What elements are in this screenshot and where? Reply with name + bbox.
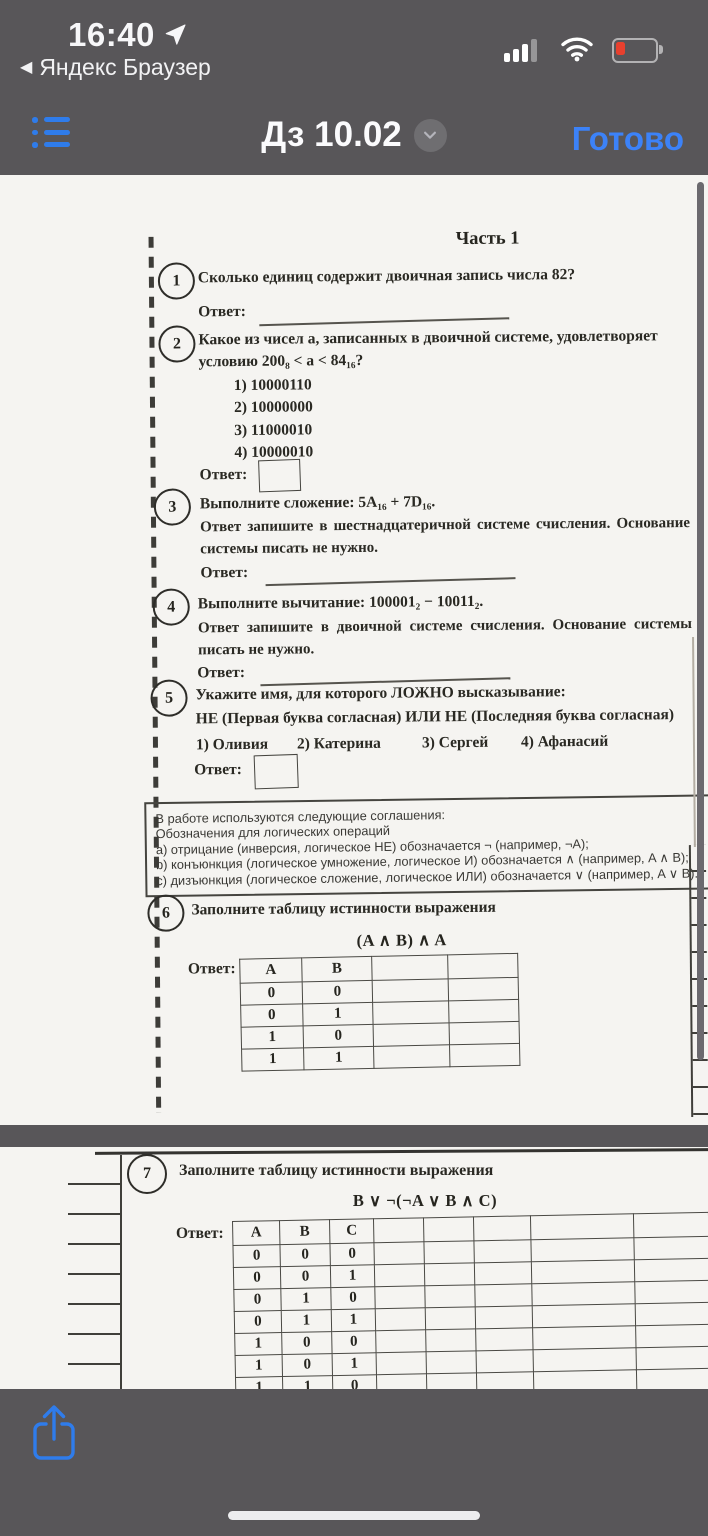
truth-table-cell: 0 — [332, 1375, 376, 1389]
iphone-screen: 16:40 ◀ Яндекс Браузер Дз 10.02 Готово — [0, 0, 708, 1536]
share-button[interactable] — [31, 1403, 77, 1461]
question-1-number: 1 — [158, 262, 195, 299]
truth-table-cell: 0 — [303, 1024, 373, 1047]
truth-table-header-cell: B — [280, 1220, 330, 1245]
battery-icon — [612, 38, 658, 63]
truth-table-cell: 0 — [241, 1004, 303, 1027]
truth-table-cell — [634, 1236, 708, 1259]
done-button[interactable]: Готово — [572, 120, 684, 158]
page1-content: Часть 1 1 Сколько единиц содержит двоичн… — [0, 175, 708, 1125]
truth-table-cell — [449, 999, 519, 1022]
truth-table-header-cell — [530, 1214, 633, 1240]
truth-table-cell — [450, 1043, 520, 1066]
truth-table-cell: 0 — [282, 1354, 332, 1377]
truth-table-cell — [636, 1368, 708, 1389]
question-2-option: 3) 11000010 — [234, 419, 312, 442]
truth-table-header-cell — [633, 1212, 708, 1237]
truth-table-cell — [635, 1280, 708, 1303]
truth-table-cell: 1 — [236, 1377, 283, 1389]
truth-table-header-cell: B — [302, 956, 372, 981]
question-5-statement: НЕ (Первая буква согласная) ИЛИ НЕ (Посл… — [196, 704, 696, 730]
question-6-number: 6 — [147, 894, 184, 931]
truth-table-cell — [531, 1260, 634, 1284]
truth-table-cell: 1 — [235, 1333, 282, 1356]
question-3-note: Ответ запишите в шестнадцатеричной систе… — [200, 513, 690, 560]
truth-table-cell — [374, 1045, 450, 1069]
truth-table-cell — [475, 1306, 532, 1329]
question-7-number: 7 — [127, 1154, 167, 1194]
chevron-down-icon — [421, 126, 439, 144]
status-time-group: 16:40 — [68, 16, 187, 54]
question-5-option: 1) Оливия — [196, 734, 268, 757]
truth-table-cell: 0 — [233, 1245, 280, 1268]
back-app-label: Яндекс Браузер — [39, 54, 211, 81]
truth-table-cell — [475, 1284, 532, 1307]
truth-table-cell: 1 — [303, 1002, 373, 1025]
answer-label: Ответ: — [194, 761, 242, 779]
question-7-text: Заполните таблицу истинности выражения — [179, 1160, 659, 1182]
truth-table-header-cell — [448, 953, 518, 978]
truth-table-cell — [426, 1351, 476, 1374]
truth-table-header-cell — [373, 1218, 423, 1243]
truth-table-cell — [373, 1023, 449, 1047]
binding-ticks-left — [68, 1155, 122, 1389]
truth-table-cell — [636, 1324, 708, 1347]
truth-table-cell — [531, 1238, 634, 1262]
truth-table-cell — [424, 1241, 474, 1264]
truth-table-cell — [376, 1330, 426, 1353]
answer-label: Ответ: — [200, 564, 248, 582]
truth-table-cell — [636, 1346, 708, 1369]
question-6-formula: (A ∧ B) ∧ A — [257, 929, 547, 952]
truth-table-cell — [532, 1282, 635, 1306]
truth-table-cell — [476, 1328, 533, 1351]
truth-table-cell: 1 — [330, 1265, 374, 1288]
answer-label: Ответ: — [198, 303, 246, 321]
cellular-signal-icon — [504, 37, 537, 62]
truth-table-header-cell: A — [240, 958, 302, 983]
question-4-note: Ответ запишите в двоичной системе счисле… — [198, 614, 692, 661]
truth-table-row: 11 — [242, 1043, 520, 1071]
truth-table-cell — [474, 1262, 531, 1285]
truth-table-cell: 0 — [233, 1267, 280, 1290]
question-4-title: Выполните вычитание: 100001₂ − 10011₂. — [198, 589, 678, 615]
location-arrow-icon — [163, 23, 187, 47]
battery-level-low — [616, 42, 625, 55]
truth-table-cell — [635, 1302, 708, 1325]
truth-table-header-cell: A — [233, 1221, 280, 1246]
truth-table-cell: 0 — [234, 1311, 281, 1334]
page-title: Дз 10.02 — [261, 115, 402, 155]
truth-table-cell: 0 — [280, 1266, 330, 1289]
home-indicator[interactable] — [228, 1511, 480, 1520]
truth-table-cell: 0 — [282, 1332, 332, 1355]
question-5-option: 4) Афанасий — [521, 731, 608, 754]
truth-table-cell: 0 — [302, 980, 372, 1003]
truth-table-header-cell: C — [329, 1219, 373, 1244]
question-5-option: 3) Сергей — [422, 732, 489, 755]
answer-line — [266, 577, 516, 586]
question-2-option: 1) 10000110 — [234, 374, 312, 397]
truth-table-cell: 1 — [235, 1355, 282, 1378]
page2-content: 7 Заполните таблицу истинности выражения… — [0, 1147, 708, 1389]
question-1-text: Сколько единиц содержит двоичная запись … — [198, 263, 673, 289]
question-5-number: 5 — [150, 679, 187, 716]
truth-table-q6: AB00011011 — [239, 953, 520, 1072]
truth-table-cell — [426, 1329, 476, 1352]
truth-table-cell — [374, 1264, 424, 1287]
truth-table-cell — [424, 1263, 474, 1286]
back-to-app-chip[interactable]: ◀ Яндекс Браузер — [20, 54, 211, 81]
question-2-text: Какое из чисел a, записанных в двоичной … — [198, 325, 698, 373]
truth-table-cell: 1 — [331, 1309, 375, 1332]
truth-table-cell — [425, 1307, 475, 1330]
truth-table-header-cell — [423, 1217, 473, 1242]
truth-table-cell — [373, 1001, 449, 1025]
page-photo-1: Часть 1 1 Сколько единиц содержит двоичн… — [0, 175, 708, 1125]
page-top-edge-line — [95, 1148, 708, 1154]
question-5-option: 2) Катерина — [297, 733, 381, 756]
question-6-text: Заполните таблицу истинности выражения — [191, 895, 671, 921]
clock-text: 16:40 — [68, 16, 155, 54]
part-title: Часть 1 — [277, 227, 697, 252]
truth-table-cell — [474, 1240, 531, 1263]
truth-table-cell — [448, 977, 518, 1000]
truth-table-cell: 0 — [332, 1331, 376, 1354]
truth-table-cell: 1 — [281, 1288, 331, 1311]
wifi-icon — [560, 36, 594, 62]
truth-table-cell — [533, 1370, 636, 1389]
truth-table-header-cell — [372, 955, 448, 981]
truth-table-cell: 1 — [282, 1376, 332, 1389]
truth-table-cell: 0 — [330, 1243, 374, 1266]
truth-table-cell: 1 — [242, 1048, 304, 1071]
margin-dashed-line — [149, 237, 161, 1113]
title-chevron-button[interactable] — [414, 119, 447, 152]
truth-table-cell: 0 — [331, 1287, 375, 1310]
truth-table-cell: 1 — [241, 1026, 303, 1049]
question-4-number: 4 — [153, 588, 190, 625]
truth-table-cell — [375, 1286, 425, 1309]
truth-table-cell: 1 — [304, 1046, 374, 1069]
truth-table-cell — [449, 1021, 519, 1044]
question-2-option: 2) 10000000 — [234, 396, 313, 419]
truth-table-cell: 1 — [281, 1310, 331, 1333]
question-7-formula: B ∨ ¬(¬A ∨ B ∧ C) — [285, 1191, 565, 1211]
answer-label: Ответ: — [176, 1225, 224, 1243]
battery-nub — [659, 45, 663, 54]
question-5-text: Укажите имя, для которого ЛОЖНО высказыв… — [195, 680, 675, 706]
truth-table-cell — [374, 1242, 424, 1265]
truth-table-cell: 1 — [332, 1353, 376, 1376]
truth-table-cell — [376, 1352, 426, 1375]
answer-label: Ответ: — [188, 960, 236, 978]
question-3-title: Выполните сложение: 5A₁₆ + 7D₁₆. — [200, 489, 680, 515]
truth-table-cell: 0 — [280, 1244, 330, 1267]
truth-table-cell — [532, 1304, 635, 1328]
answer-label: Ответ: — [197, 664, 245, 682]
answer-box — [254, 754, 299, 790]
scrollbar[interactable] — [697, 182, 704, 1060]
answer-line — [259, 317, 509, 326]
truth-table-cell — [372, 979, 448, 1003]
truth-table-cell — [533, 1326, 636, 1350]
truth-table-cell: 0 — [240, 982, 302, 1005]
truth-table-cell — [425, 1285, 475, 1308]
conventions-box: В работе используются следующие соглашен… — [144, 794, 708, 897]
page-photo-2: 7 Заполните таблицу истинности выражения… — [0, 1147, 708, 1389]
answer-label: Ответ: — [200, 466, 248, 484]
truth-table-cell — [476, 1372, 533, 1389]
truth-table-cell — [376, 1374, 426, 1389]
truth-table-cell — [476, 1350, 533, 1373]
answer-box — [258, 459, 301, 492]
truth-table-cell — [426, 1373, 476, 1389]
question-3-number: 3 — [154, 488, 191, 525]
truth-table-q7: ABC000001010011100101110 — [232, 1212, 708, 1389]
truth-table-header-cell — [473, 1216, 530, 1241]
truth-table-cell — [634, 1258, 708, 1281]
truth-table-cell: 0 — [234, 1289, 281, 1312]
truth-table-cell — [375, 1308, 425, 1331]
back-triangle-icon: ◀ — [20, 60, 32, 76]
truth-table-cell — [533, 1348, 636, 1372]
question-2-number: 2 — [158, 325, 195, 362]
